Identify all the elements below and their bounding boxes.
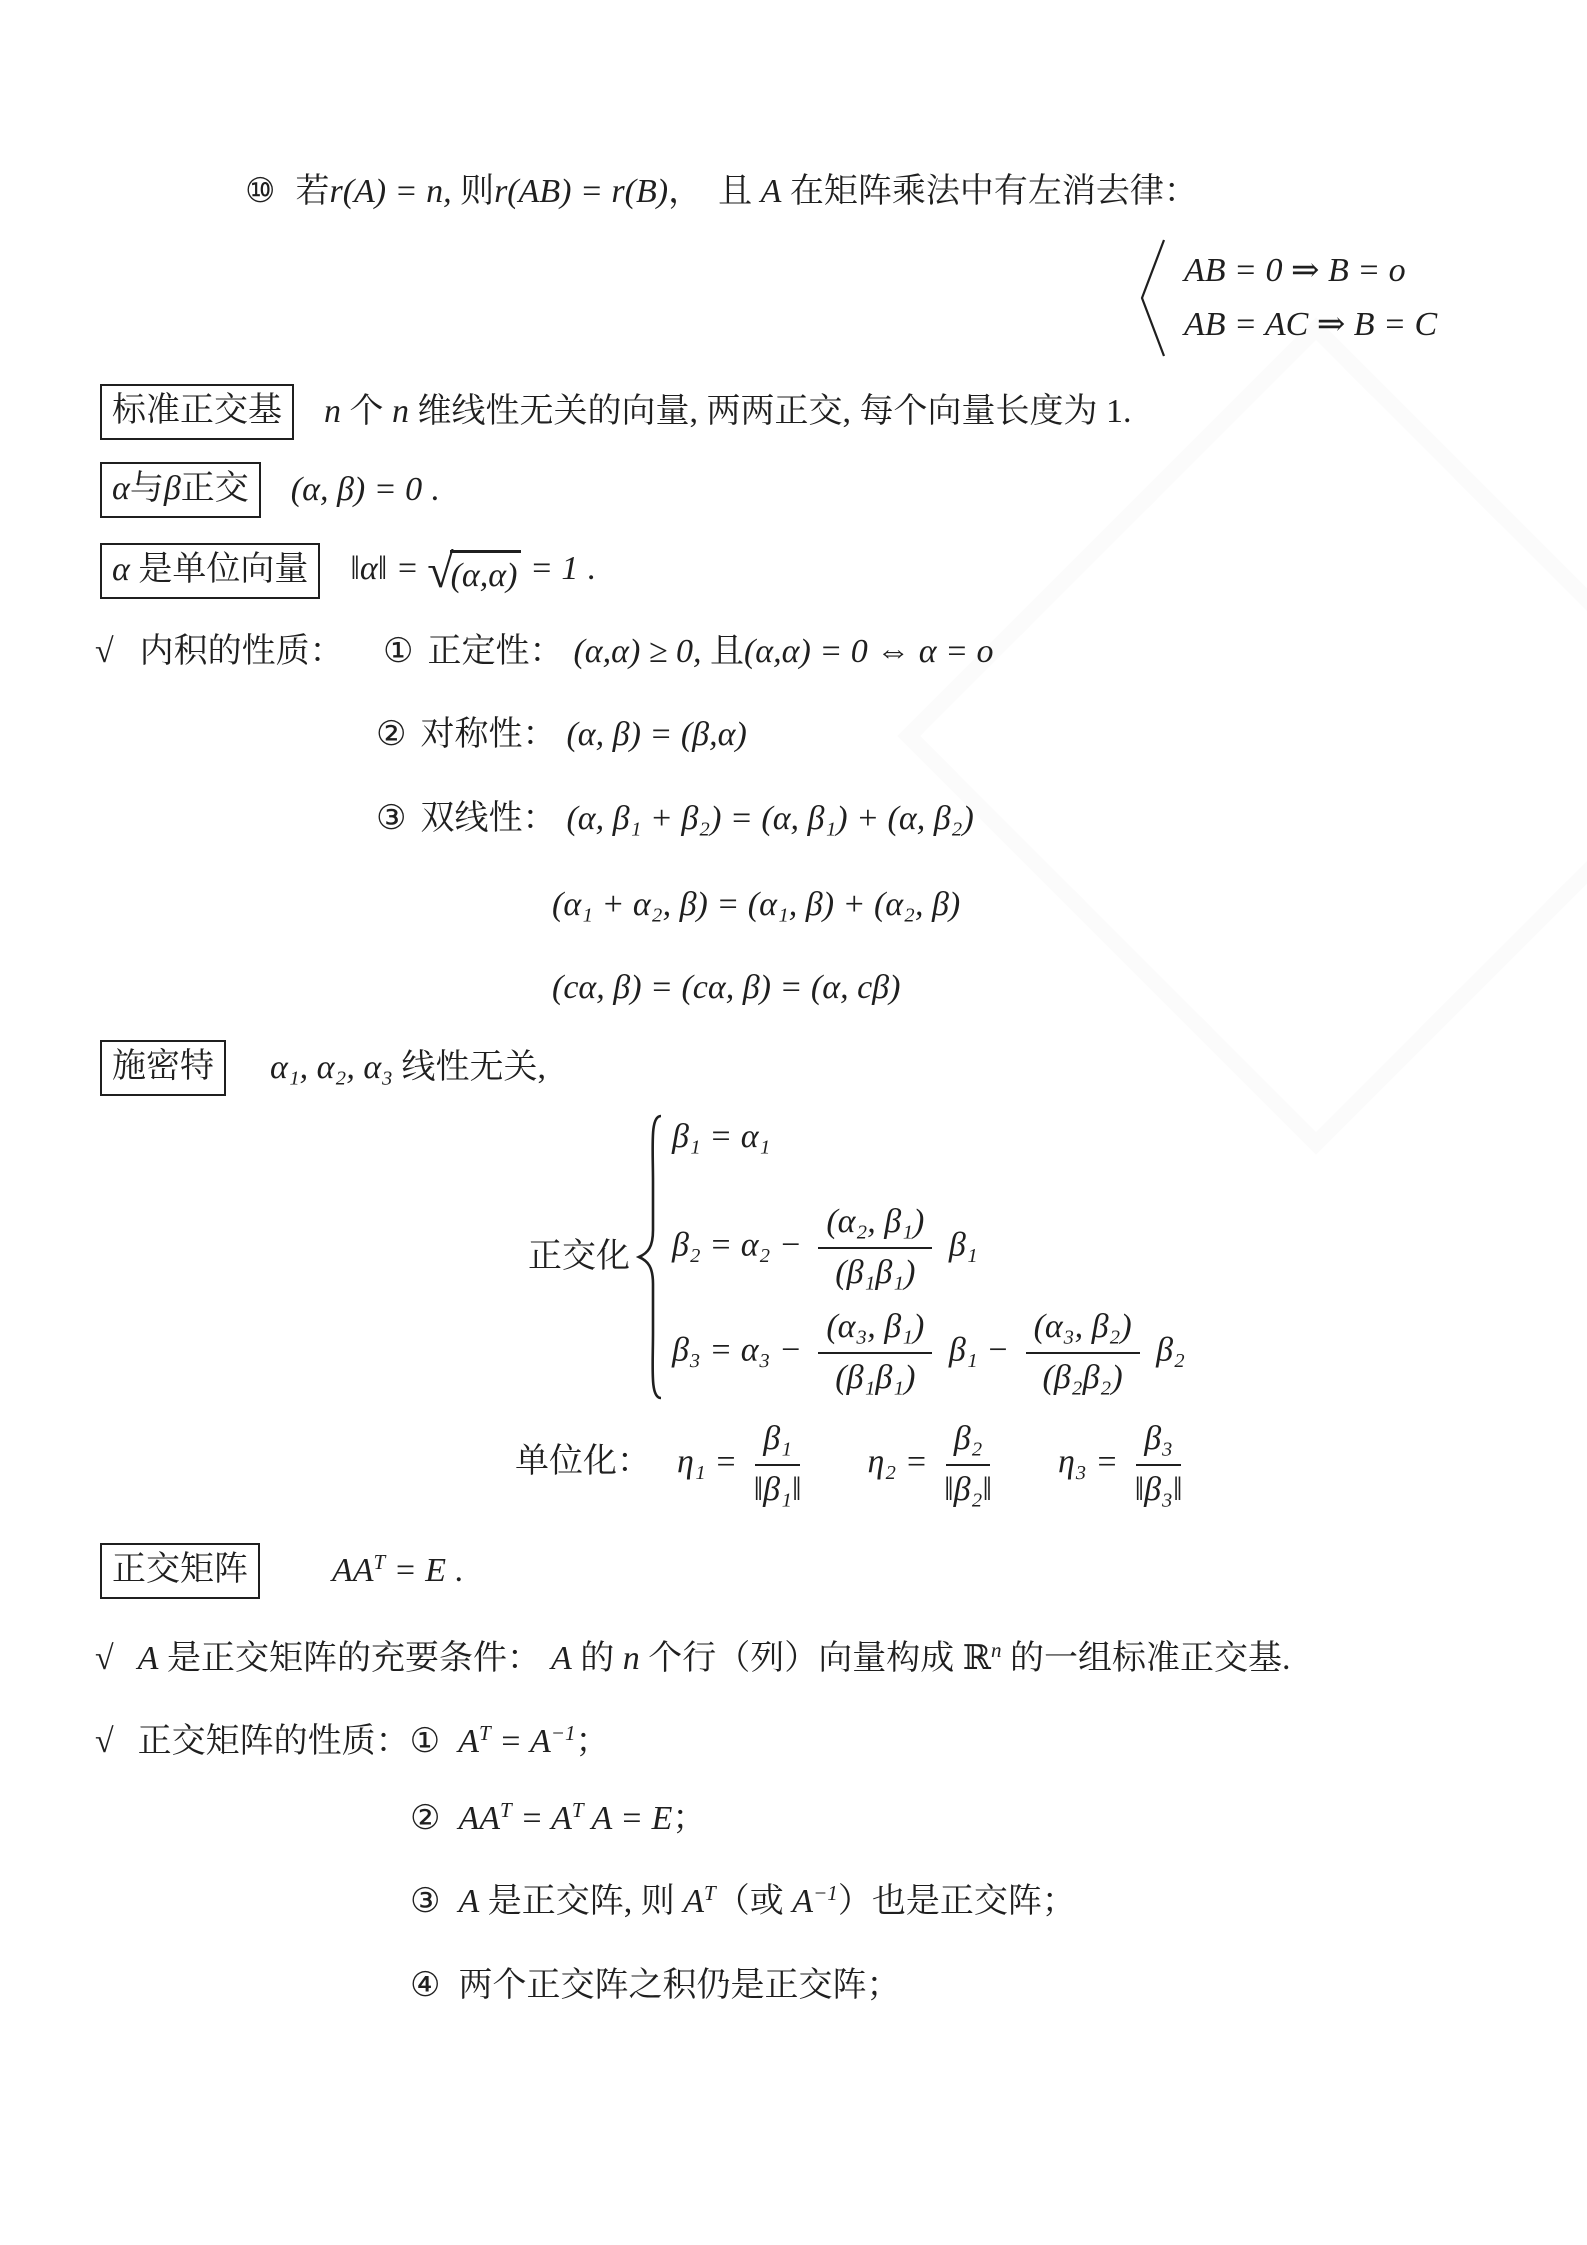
den-run: (β₁β₁) (835, 1354, 915, 1400)
t-run: 是单位向量 (130, 551, 309, 588)
sup-run: −1 (551, 1721, 576, 1745)
m-run: = A (512, 1800, 572, 1837)
sup-run: T (374, 1550, 386, 1574)
t-run: 在矩阵乘法中有左消去律： (781, 173, 1198, 210)
gap-run (406, 828, 420, 829)
sup-run: T (500, 1798, 512, 1822)
keyword-box-schmidt: 施密特 (100, 1040, 226, 1096)
cancellation-system: AB = 0 ⇒ B = o AB = AC ⇒ B = C (1140, 238, 1437, 358)
schmidt-precondition: α₁, α₂, α₃ 线性无关, (270, 1049, 546, 1086)
gap-run (702, 201, 718, 202)
m-run: (α₁ + α₂, β) = (α₁, β) + (α₂, β) (552, 886, 960, 923)
t-run: √ (95, 1723, 114, 1760)
sup-run: T (572, 1798, 584, 1822)
gap-run (563, 661, 573, 662)
unit-vector-definition: ‖α‖ = √(α,α) = 1 . (350, 550, 595, 587)
alpha-beta-orthogonal-row: α与β正交(α, β) = 0 . (100, 462, 439, 518)
orthogonalization-label: 正交化 (528, 1235, 630, 1279)
t-run: 维线性无关的向量, 两两正交, 每个向量长度为 1. (409, 393, 1132, 430)
orthogonalization-block: 正交化 β₁ = α₁ β₂ = α₂ − (α₂, β₁)(β₁β₁) β₁ … (528, 1112, 1185, 1402)
gap-run (114, 1668, 138, 1669)
num-run: (α₃, β₂) (1026, 1306, 1140, 1354)
orthogonal-matrix-row: 正交矩阵AAT = E . (100, 1543, 463, 1599)
bilinearity-continuation-2: (cα, β) = (cα, β) = (α, cβ) (552, 966, 900, 1010)
t-run: . (446, 1552, 463, 1589)
t-run: ① (410, 1723, 440, 1760)
sup-run: −1 (813, 1881, 838, 1905)
m-run: (cα, β) = (cα, β) = (α, cβ) (552, 969, 900, 1006)
t-run: 的 (572, 1640, 623, 1677)
t-run: 是正交阵, 则 (479, 1883, 683, 1920)
frac-run: β₁‖β₁‖ (754, 1418, 802, 1511)
m-run: (α, β) = 0 (291, 471, 422, 508)
t-run: 且 (710, 633, 744, 670)
t-run: ② (410, 1800, 440, 1837)
bilinearity-continuation-1: (α₁ + α₂, β) = (α₁, β) + (α₂, β) (552, 883, 960, 927)
unitization-label: 单位化： (515, 1443, 651, 1480)
orthogonal-matrix-property-2: ②AAT = AT A = E； (410, 1797, 706, 1841)
m-run: = E (385, 1552, 446, 1589)
t-run: 的一组标准正交基. (1002, 1640, 1291, 1677)
t-run: ）也是正交阵； (838, 1883, 1076, 1920)
gap-run (556, 828, 566, 829)
m-run: A (458, 1883, 479, 1920)
t-run: 则 (460, 173, 494, 210)
t-run: 对称性： (420, 716, 556, 753)
orthogonal-matrix-property-3: ③A 是正交阵, 则 AT（或 A−1）也是正交阵； (410, 1880, 1076, 1924)
m-run: β₁ = α₁ (672, 1118, 770, 1155)
unitization-eta3: η₃ = β₃‖β₃‖ (1058, 1418, 1191, 1511)
m-run: η₂ = (868, 1443, 937, 1480)
keyword-box-unit-vector: α 是单位向量 (100, 543, 320, 599)
m-run: β₃ = α₃ − (672, 1331, 810, 1368)
m-run: A (551, 1640, 572, 1677)
inner-product-property-1: ①正定性：(α,α) ≥ 0, 且(α,α) = 0 ⇔ α = o (383, 630, 994, 674)
t-run: 若 (295, 173, 329, 210)
t-run: ； (672, 1800, 706, 1837)
t-run: 是正交矩阵的充要条件： (158, 1640, 541, 1677)
num-run: (α₃, β₁) (818, 1306, 932, 1354)
keyword-box-standard-basis: 标准正交基 (100, 384, 294, 440)
gap-run (440, 1995, 458, 1996)
sup-run: n (991, 1638, 1002, 1662)
equation-beta1: β₁ = α₁ (672, 1115, 1185, 1159)
m-run: (α, β₁ + β₂) = (α, β₁) + (α, β₂) (566, 800, 973, 837)
m-run: A (683, 1883, 704, 1920)
m-run: A (458, 1723, 479, 1760)
m-run: β₁ − (940, 1331, 1017, 1368)
frac-run: β₂‖β₂‖ (944, 1418, 992, 1511)
orthogonal-matrix-iff-line: √A 是正交矩阵的充要条件：A 的 n 个行（列）向量构成 ℝn 的一组标准正交… (95, 1637, 1291, 1681)
unitization-eta2: η₂ = β₂‖β₂‖ (868, 1418, 1001, 1511)
m-run: AA (332, 1552, 374, 1589)
m-run: (α,α) ≥ 0, (573, 633, 710, 670)
gap-run (413, 661, 427, 662)
gap-run (406, 744, 420, 745)
t-run: . (578, 550, 595, 587)
t-run: 线性无关, (393, 1049, 546, 1086)
t-run: ② (376, 716, 406, 753)
frac-run: β₃‖β₃‖ (1135, 1418, 1183, 1511)
equation-ab-ac: AB = AC ⇒ B = C (1184, 298, 1437, 352)
m-run: ‖α‖ = (350, 550, 427, 587)
rb-run: (α,α) (450, 550, 522, 595)
gap-run (440, 1911, 458, 1912)
gap-run (275, 201, 295, 202)
num-run: β₃ (1136, 1418, 1181, 1466)
gap-run (440, 1751, 458, 1752)
num-run: β₂ (946, 1418, 991, 1466)
frac-run: (α₃, β₁)(β₁β₁) (818, 1306, 932, 1399)
cancellation-equations: AB = 0 ⇒ B = o AB = AC ⇒ B = C (1184, 244, 1437, 353)
curly-brace-icon (634, 1112, 666, 1402)
gap-run (440, 1828, 458, 1829)
m-run: β (164, 470, 181, 507)
sup-run: T (479, 1721, 491, 1745)
inner-product-property-3: ③双线性：(α, β₁ + β₂) = (α, β₁) + (α, β₂) (376, 797, 974, 841)
t-run: 内积的性质： (140, 633, 344, 670)
inner-product-property-2: ②对称性：(α, β) = (β,α) (376, 713, 747, 757)
m-run: β₂ (1148, 1331, 1185, 1368)
m-run: AA (458, 1800, 500, 1837)
t-run: （或 (716, 1883, 793, 1920)
m-run: (α, β) = (β,α) (566, 716, 746, 753)
m-run: = A (491, 1723, 551, 1760)
t-run: ③ (376, 800, 406, 837)
m-run: η₁ = (677, 1443, 746, 1480)
m-run: A (761, 173, 782, 210)
t-run: 双线性： (420, 800, 556, 837)
orthogonalization-equations: β₁ = α₁ β₂ = α₂ − (α₂, β₁)(β₁β₁) β₁ β₃ =… (672, 1115, 1185, 1399)
m-run: n (324, 393, 341, 430)
m-run: β₁ (940, 1226, 977, 1263)
t-run: ⑩ (245, 173, 275, 210)
standard-basis-definition: n 个 n 维线性无关的向量, 两两正交, 每个向量长度为 1. (324, 393, 1132, 430)
den-run: ‖β₁‖ (754, 1466, 802, 1512)
m-run: β₂ = α₂ − (672, 1226, 810, 1263)
m-run: A (138, 1640, 159, 1677)
t-run: 正交矩阵的性质： (138, 1723, 410, 1760)
num-run: β₁ (755, 1418, 800, 1466)
den-run: (β₁β₁) (835, 1249, 915, 1295)
m-run: = 1 (521, 550, 578, 587)
orthogonal-matrix-property-4: ④两个正交阵之积仍是正交阵； (410, 1964, 900, 2008)
orthogonal-definition: (α, β) = 0 . (291, 471, 439, 508)
unitization-eta1: η₁ = β₁‖β₁‖ (677, 1418, 810, 1511)
m-run: η₃ = (1058, 1443, 1127, 1480)
den-run: ‖β₃‖ (1135, 1466, 1183, 1512)
angle-bracket-icon (1140, 238, 1166, 358)
m-run: n (392, 393, 409, 430)
t-run: 个 (341, 393, 392, 430)
m-run: α₁, α₂, α₃ (270, 1049, 393, 1086)
t-run: . (422, 471, 439, 508)
num-run: (α₂, β₁) (818, 1201, 932, 1249)
t-run: 个行（列）向量构成 ℝ (640, 1640, 991, 1677)
t-run: √ (95, 633, 114, 670)
rank-cancellation-line: ⑩若r(A) = n, 则r(AB) = r(B)，且 A 在矩阵乘法中有左消去… (245, 170, 1198, 214)
t-run: ； (576, 1723, 610, 1760)
document-page: ⑩若r(A) = n, 则r(AB) = r(B)，且 A 在矩阵乘法中有左消去… (0, 0, 1587, 2245)
m-run: AB = 0 ⇒ B = o (1184, 252, 1406, 289)
m-run: A = E (584, 1800, 673, 1837)
t-run: √ (95, 1640, 114, 1677)
inner-product-properties-header: √内积的性质： (95, 630, 344, 674)
unit-vector-row: α 是单位向量‖α‖ = √(α,α) = 1 . (100, 543, 595, 599)
den-run: ‖β₂‖ (944, 1466, 992, 1512)
t-run: 正定性： (427, 633, 563, 670)
schmidt-row: 施密特α₁, α₂, α₃ 线性无关, (100, 1040, 546, 1096)
gap-run (114, 1751, 138, 1752)
m-run: (α,α) = 0 ⇔ α = o (744, 633, 994, 670)
m-run: α (112, 551, 130, 588)
t-run: ① (383, 633, 413, 670)
faint-watermark (897, 317, 1587, 1154)
t-run: ④ (410, 1967, 440, 2004)
orthogonal-matrix-properties-header: √正交矩阵的性质：①AT = A−1； (95, 1720, 610, 1764)
gap-run (556, 744, 566, 745)
m-run: α (112, 470, 130, 507)
t-run: 两个正交阵之积仍是正交阵； (458, 1967, 900, 2004)
m-run: AB = AC ⇒ B = C (1184, 306, 1437, 343)
equation-beta2: β₂ = α₂ − (α₂, β₁)(β₁β₁) β₁ (672, 1201, 1185, 1294)
t-run: ， (668, 173, 702, 210)
gap-run (114, 661, 140, 662)
m-run: r(A) = n, (329, 173, 460, 210)
m-run: n (623, 1640, 640, 1677)
keyword-box-orthogonal-matrix: 正交矩阵 (100, 1543, 260, 1599)
den-run: (β₂β₂) (1043, 1354, 1123, 1400)
sup-run: T (704, 1881, 716, 1905)
keyword-box-alpha-beta-orthogonal: α与β正交 (100, 462, 261, 518)
t-run: 且 (718, 173, 761, 210)
equation-beta3: β₃ = α₃ − (α₃, β₁)(β₁β₁) β₁ − (α₃, β₂)(β… (672, 1306, 1185, 1399)
t-run: ③ (410, 1883, 440, 1920)
unitization-row: 单位化：η₁ = β₁‖β₁‖η₂ = β₂‖β₂‖η₃ = β₃‖β₃‖ (515, 1418, 1249, 1511)
orthogonal-matrix-definition: AAT = E . (332, 1552, 463, 1589)
standard-orthonormal-basis-row: 标准正交基n 个 n 维线性无关的向量, 两两正交, 每个向量长度为 1. (100, 384, 1132, 440)
m-run: r(AB) = r(B) (494, 173, 668, 210)
frac-run: (α₃, β₂)(β₂β₂) (1026, 1306, 1140, 1399)
t-run: 与 (130, 470, 164, 507)
equation-ab-zero: AB = 0 ⇒ B = o (1184, 244, 1437, 298)
sqrt-run: √(α,α) (427, 550, 521, 595)
t-run: 正交 (181, 470, 249, 507)
frac-run: (α₂, β₁)(β₁β₁) (818, 1201, 932, 1294)
gap-run (541, 1668, 551, 1669)
m-run: A (792, 1883, 813, 1920)
